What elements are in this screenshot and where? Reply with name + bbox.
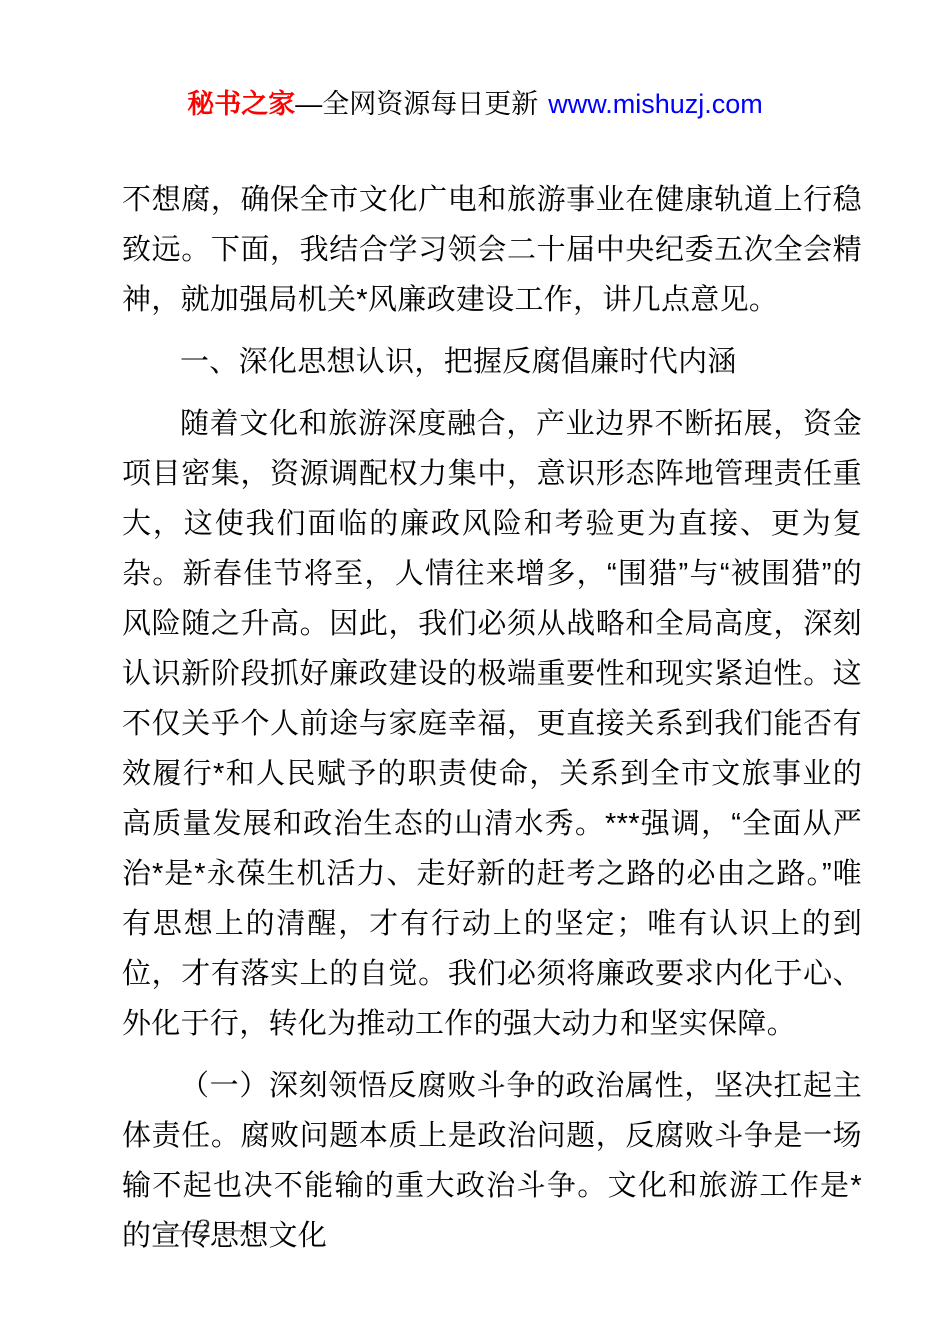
page-number-value: 2 <box>198 1214 211 1243</box>
document-body: 不想腐，确保全市文化广电和旅游事业在健康轨道上行稳致远。下面，我结合学习领会二十… <box>122 175 862 1261</box>
paragraph-continuation: 不想腐，确保全市文化广电和旅游事业在健康轨道上行稳致远。下面，我结合学习领会二十… <box>122 175 862 325</box>
document-page: 秘书之家—全网资源每日更新www.mishuzj.com 不想腐，确保全市文化广… <box>0 0 950 1344</box>
paragraph-body-1: 随着文化和旅游深度融合，产业边界不断拓展，资金项目密集，资源调配权力集中，意识形… <box>122 399 862 1049</box>
site-tagline: —全网资源每日更新 <box>295 89 538 119</box>
page-number-dash-left: — <box>162 1214 188 1243</box>
site-name: 秘书之家 <box>187 89 295 119</box>
site-url-link[interactable]: www.mishuzj.com <box>548 89 763 119</box>
page-number-dash-right: — <box>221 1214 247 1243</box>
site-header: 秘书之家—全网资源每日更新www.mishuzj.com <box>0 86 950 122</box>
page-number: —2— <box>162 1212 247 1246</box>
section-heading: 一、深化思想认识，把握反腐倡廉时代内涵 <box>122 337 862 387</box>
